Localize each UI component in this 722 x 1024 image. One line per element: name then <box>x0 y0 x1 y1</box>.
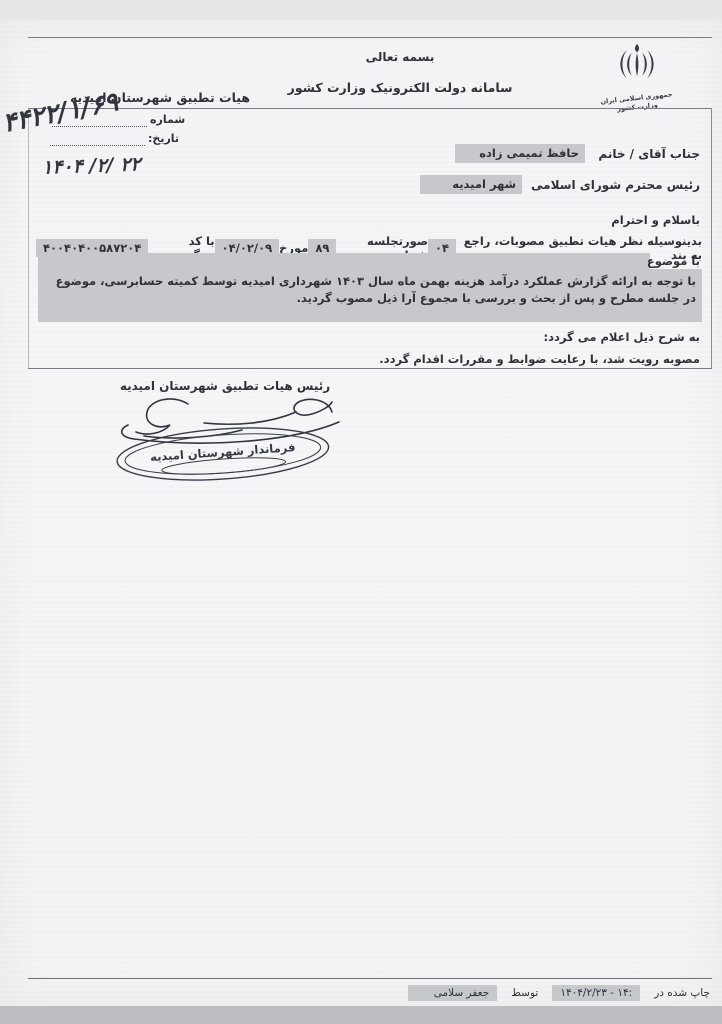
subject-label: با موضوع <box>647 254 700 268</box>
content-box-bottom-rule <box>28 368 712 369</box>
greeting-line: باسلام و احترام <box>611 213 700 227</box>
number-label: شماره <box>150 113 185 126</box>
addressee-title-label: رئیس محترم شورای اسلامی <box>531 178 700 192</box>
footer-rule <box>28 978 712 979</box>
signature <box>122 399 339 443</box>
decision-line: مصوبه رویت شد، با رعایت ضوابط و مقررات ا… <box>379 352 700 366</box>
announce-line: به شرح ذیل اعلام می گردد: <box>543 330 700 344</box>
signature-and-stamp: فرماندار شهرستان امیدیه <box>92 392 354 488</box>
iran-emblem-icon <box>615 42 659 90</box>
date-dotted-line <box>50 133 145 146</box>
content-box-left-rule <box>28 108 29 368</box>
signatory-title: رئیس هیات تطبیق شهرستان امیدیه <box>105 379 345 393</box>
content-box-right-rule <box>711 108 712 368</box>
scan-bottom-edge <box>0 1006 722 1024</box>
letterhead-logo: جمهوری اسلامی ایران وزارت کشور <box>598 42 676 112</box>
printed-by-label: توسط <box>511 987 538 999</box>
date-value-handwritten: ۱۴۰۴ /۲/ ۲۲ <box>42 153 141 178</box>
bismillah-text: بسمه تعالی <box>230 50 570 64</box>
subject-text: با توجه به ارائه گزارش عملکرد درآمد هزین… <box>44 273 696 307</box>
header-top-rule <box>28 37 712 38</box>
governor-stamp: فرماندار شهرستان امیدیه <box>115 422 330 484</box>
printed-by-highlight: جعفر سلامی <box>408 985 497 1001</box>
addressee-salutation-label: جناب آقای / خانم <box>598 147 700 161</box>
content-box-top-rule <box>28 108 712 109</box>
subject-highlight-strip <box>38 253 650 269</box>
stamp-text: فرماندار شهرستان امیدیه <box>150 440 296 464</box>
addressee-name-highlight: حافظ تمیمی زاده <box>455 144 585 163</box>
printed-label: چاپ شده در <box>654 987 710 999</box>
scanned-letter-page: بسمه تعالی سامانه دولت الکترونیک وزارت ک… <box>0 0 722 1024</box>
printed-datetime-highlight: ۱۴۰۴/۲/۲۳ - ۱۴: <box>552 985 640 1001</box>
addressee-city-highlight: شهر امیدیه <box>420 175 522 194</box>
footer-print-info: چاپ شده در ۱۴۰۴/۲/۲۳ - ۱۴: توسط جعفر سلا… <box>408 985 710 1001</box>
date-label: تاریخ: <box>148 132 179 145</box>
